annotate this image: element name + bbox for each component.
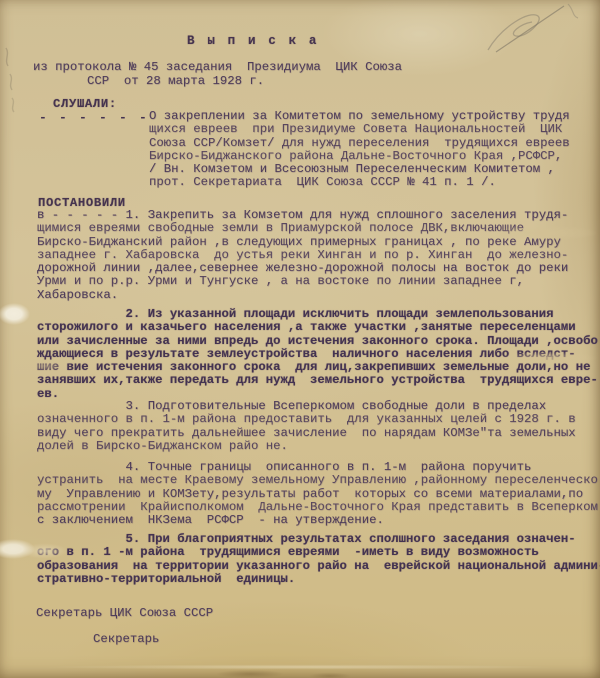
resolution-paragraph-3: 3. Подготовительные Всеперкомом свободны… (37, 400, 576, 453)
text-line: му Управлению и КОМЗету,результаты работ… (37, 488, 598, 501)
text-line: Союза ССР/Комзет/ для нужд переселения т… (149, 137, 570, 150)
slushali-body: О закреплении за Комитетом по земельному… (149, 110, 570, 190)
text-line: западнее г. Хабаровска до устья реки Хин… (37, 249, 568, 262)
resolution-paragraph-1: в - - - - - 1. Закрепить за Комзетом для… (37, 209, 568, 302)
text-line: или зачисленные за ними впредь до истече… (37, 335, 598, 348)
text-line: стративно-территориальной единицы. (37, 573, 600, 586)
text-line: означенного в п. 1-м района предоставить… (37, 413, 576, 426)
text-line: прот. Секретариата ЦИК Союза СССР № 41 п… (149, 176, 570, 189)
signature-line-secretary: Секретарь (93, 633, 159, 646)
document-title: В ы п и с к а (187, 34, 319, 48)
resolution-paragraph-4: 4. Точные границы описанного в п. 1-м ра… (37, 461, 598, 527)
text-line: щихся евреев при Президиуме Совета Нацио… (149, 123, 570, 136)
text-line: рассмотрении Крайисполкомом Дальне-Восто… (37, 501, 598, 514)
text-line: ого в п. 1 -м района трудящимися евреями… (37, 546, 600, 559)
resolution-paragraph-2: 2. Из указанной площади исключить площад… (37, 308, 598, 401)
pencil-scribble-left (0, 40, 30, 130)
text-line: 2. Из указанной площади исключить площад… (37, 308, 598, 321)
text-line: устранить на месте Краевому земельному У… (37, 474, 598, 487)
text-line: виду чего прекратить дальнейшее зачислен… (37, 427, 576, 440)
text-line: щимися евреями свободные земли в Приамур… (37, 222, 568, 235)
protocol-subtitle-line2: ССР от 28 марта 1928 г. (87, 75, 264, 88)
text-line: ждающиеся в результате землеустройства н… (37, 348, 598, 361)
text-line: с заключением НКЗема РСФСР - на утвержде… (37, 514, 598, 527)
text-line: Бирско-Биджанский район ,в следующих при… (37, 236, 568, 249)
slushali-heading: СЛУШАЛИ: (53, 97, 117, 111)
pencil-mark-top-right (468, 2, 598, 57)
signature-line-secretary-cik: Секретарь ЦИК Союза СССР (36, 607, 213, 620)
resolution-paragraph-5: 5. При благоприятных результатах сполшно… (37, 533, 600, 586)
text-line: образования на территории указанного рай… (37, 560, 600, 573)
text-line: занявших их,также передать для нужд земе… (37, 374, 598, 387)
text-line: Урми и по р.р. Урми и Тунгуске , а на во… (37, 275, 568, 288)
document-page: В ы п и с к а из протокола № 45 заседани… (0, 0, 600, 678)
text-line: сторожилого и казачьего населения ,а так… (37, 321, 598, 334)
text-line: Бирско-Биджанского района Дальне-Восточн… (149, 150, 570, 163)
text-line: долей в Бирско-Биджанском райо не. (37, 440, 576, 453)
slushali-underline-dashes: - - - - - - (39, 110, 149, 125)
protocol-subtitle-line1: из протокола № 45 заседания Президиума Ц… (33, 61, 402, 74)
text-line: Хабаровска. (37, 289, 568, 302)
